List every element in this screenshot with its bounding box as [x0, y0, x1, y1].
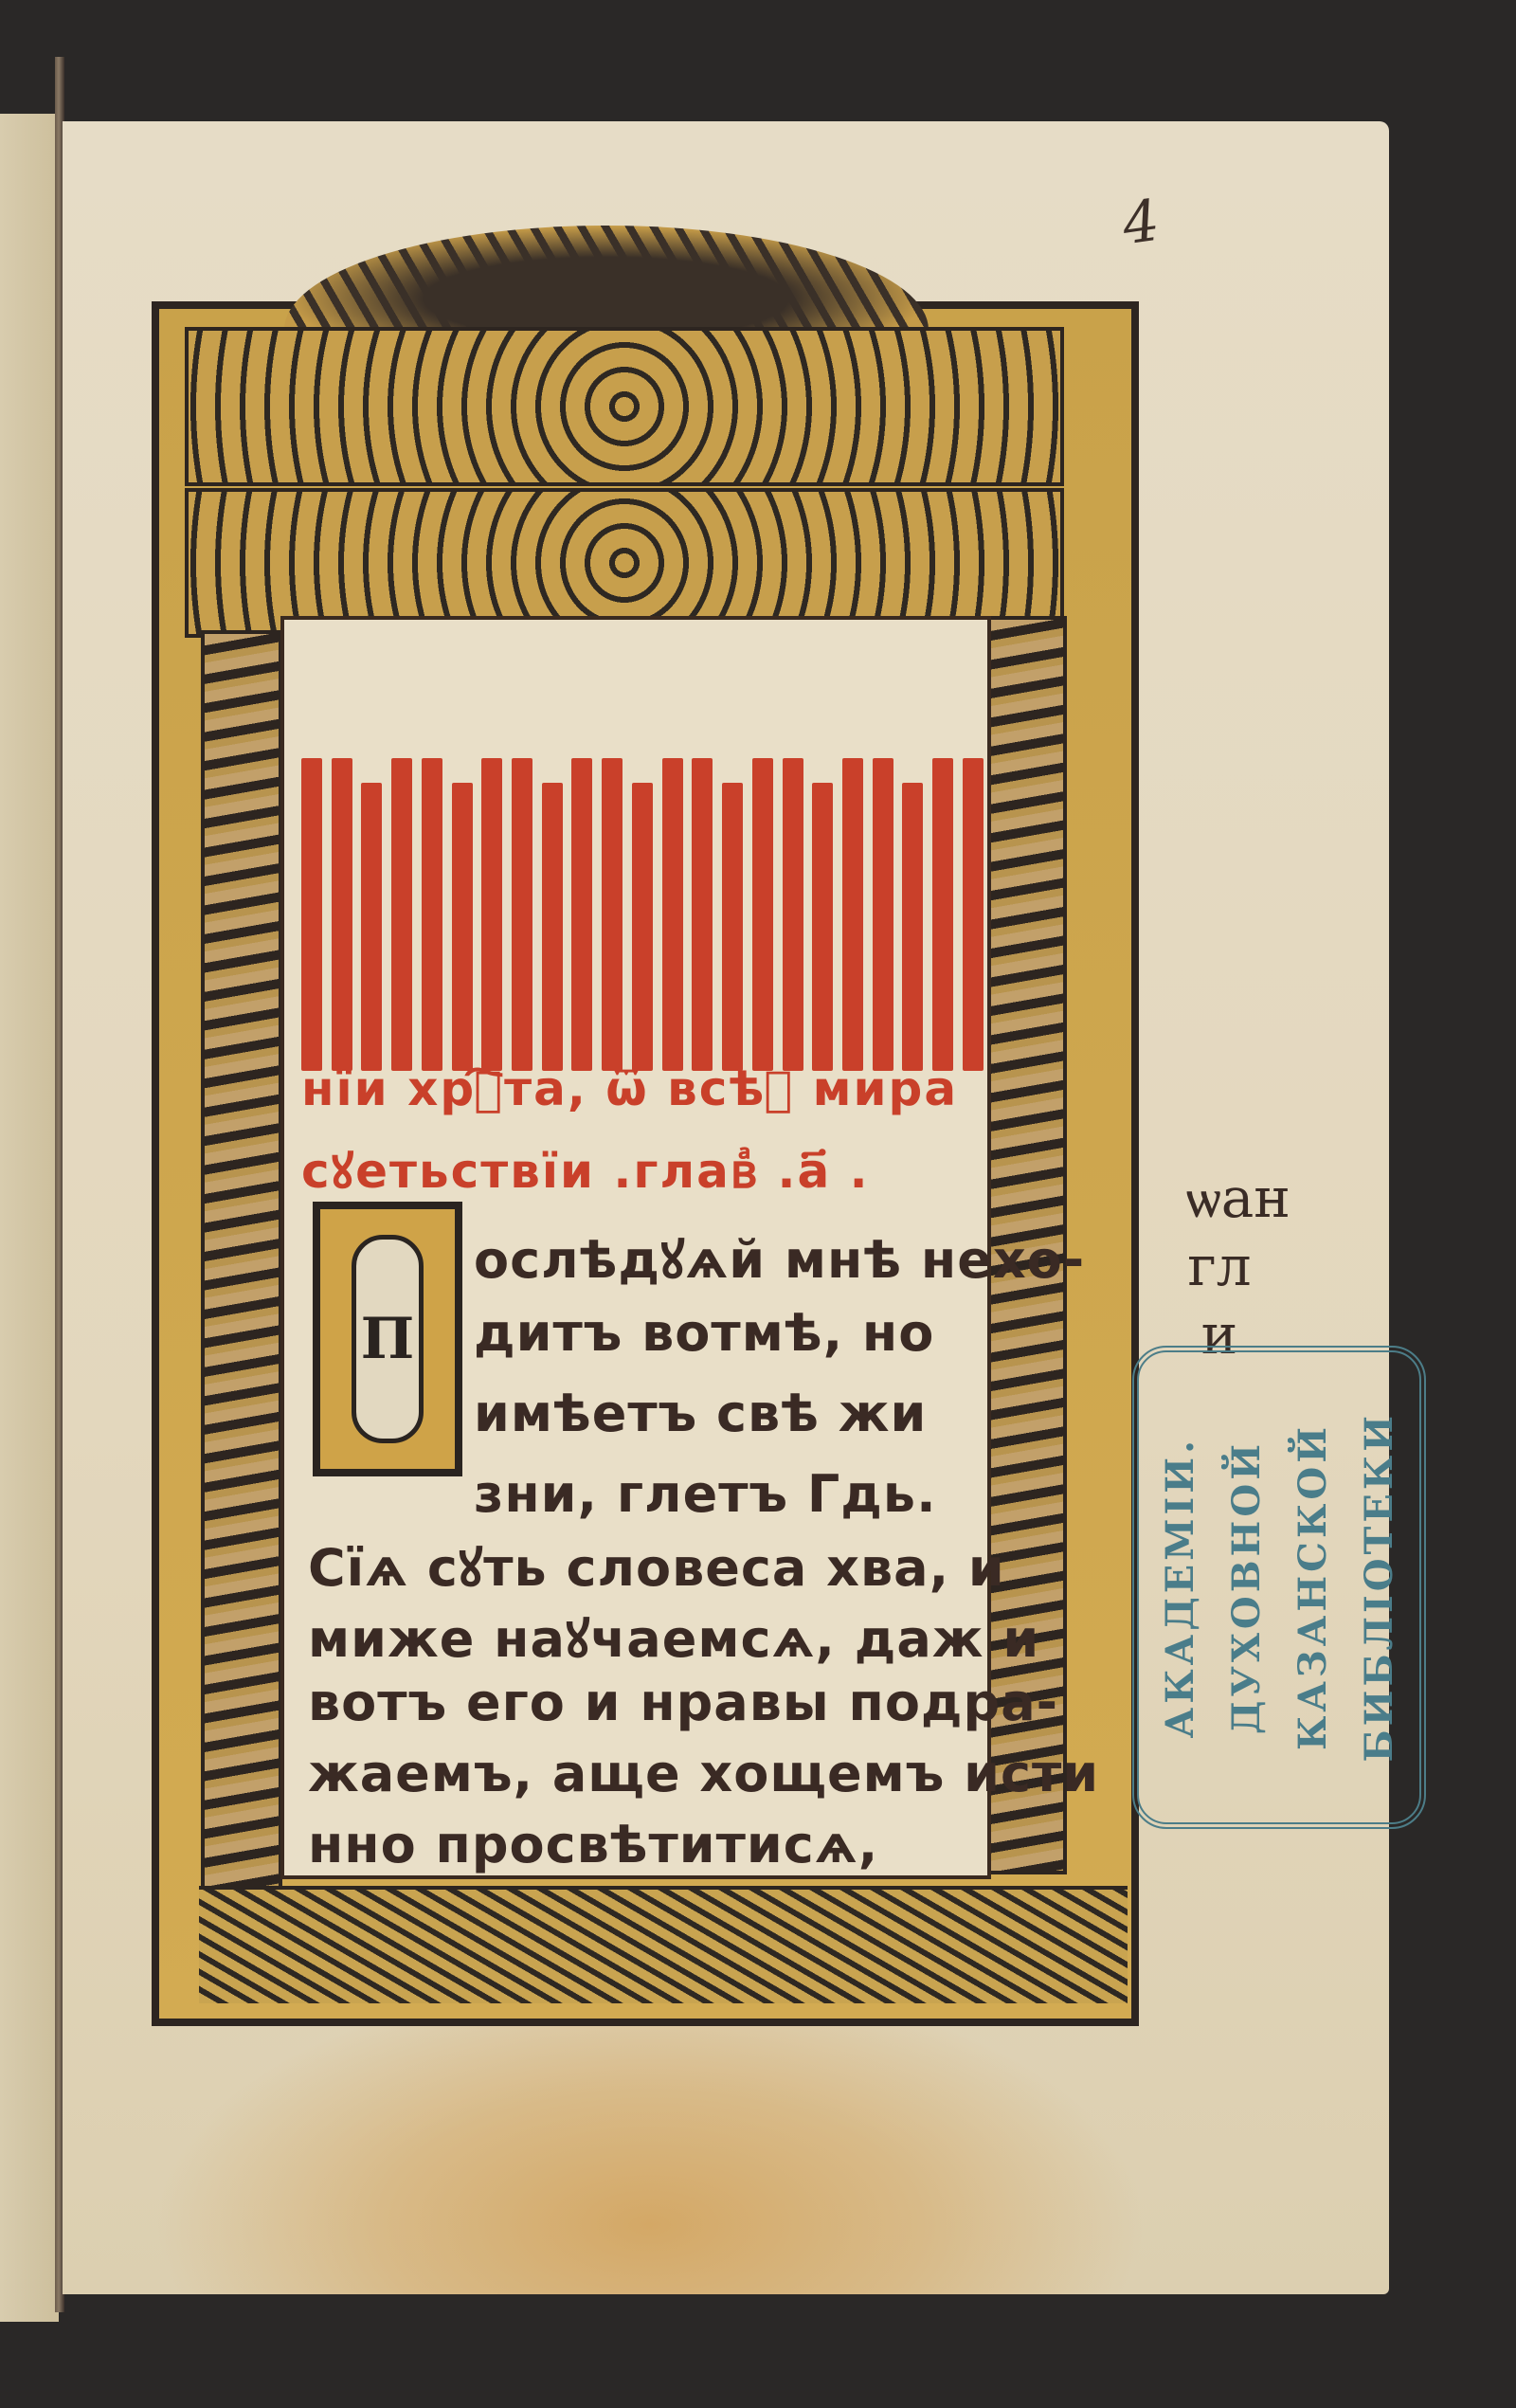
facing-page-edge [0, 114, 59, 2322]
body-line: нно просвѣтитисѧ, [308, 1815, 878, 1874]
margin-note-line: гл [1186, 1232, 1253, 1300]
stamp-line: КАЗАНСКОЙ [1290, 1423, 1335, 1750]
body-line: зни, глетъ Гдь. [474, 1464, 937, 1524]
frame-left-border [201, 630, 282, 1908]
body-line: Сїѧ сꙋть словеса хва, и [308, 1530, 1005, 1601]
stamp-line: ДУХОВНОЙ [1224, 1440, 1269, 1734]
library-stamp: БИБЛІОТЕКИ КАЗАНСКОЙ ДУХОВНОЙ АКАДЕМІИ. [1132, 1346, 1426, 1829]
frame-bottom-border [199, 1886, 1128, 2003]
headpiece-band-upper [185, 327, 1064, 486]
drop-cap: П [313, 1202, 462, 1476]
stamp-line: АКАДЕМІИ. [1158, 1437, 1202, 1738]
drop-cap-letter: П [352, 1235, 424, 1443]
margin-note: ѡан гл и [1186, 1164, 1253, 1368]
rubric-line-2: сꙋетьствїи .главⷶ .а҃ . [301, 1137, 870, 1202]
body-line: жаемъ, аще хощемъ исти [308, 1744, 1099, 1803]
body-line: имѣетъ свѣ жи [474, 1384, 927, 1443]
body-line: вотъ его и нравы подра- [308, 1673, 1058, 1732]
body-line: миже наꙋчаемсѧ, даж и [308, 1602, 1039, 1672]
body-line: ослѣдꙋѧй мнѣ нехо- [474, 1222, 1085, 1293]
stamp-line: БИБЛІОТЕКИ [1357, 1412, 1401, 1763]
margin-note-line: ѡан [1186, 1164, 1253, 1232]
body-line: дитъ вотмѣ, но [474, 1303, 934, 1363]
ligature-title [301, 758, 984, 1071]
rubric-line-1: нїи хрⷭ҇та, ѿ всѣⷯ мира [301, 1061, 958, 1116]
